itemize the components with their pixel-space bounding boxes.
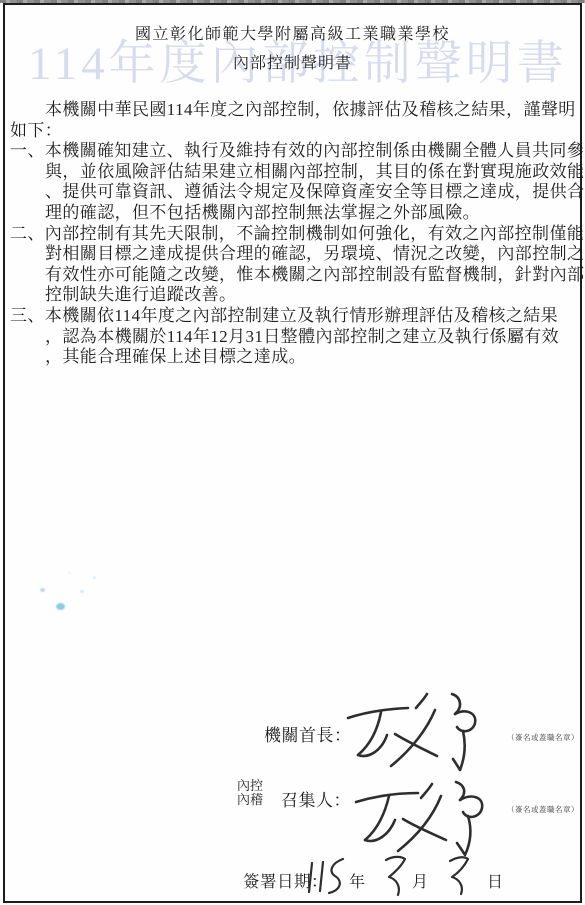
handwritten-month-value [382,853,408,897]
body-line: ，認為本機關於114年12月31日整體內部控制之建立及執行係屬有效 [10,327,576,348]
body-line: 一、本機關確知建立、執行及維持有效的內部控制係由機關全體人員共同參 [10,141,576,162]
handwritten-day-value [446,853,472,897]
convener-prefix-line1: 內控 [237,779,263,793]
year-unit: 年 [349,869,366,892]
document-subtitle: 內部控制聲明書 [0,50,585,73]
convener-prefix-line2: 內稽 [237,793,263,807]
body-line: 如下： [10,121,576,142]
body-line: 控制缺失進行追蹤改善。 [10,285,576,306]
scan-speckle [68,572,71,574]
body-line: 有效性亦可能隨之改變，惟本機關之內部控制設有監督機制，針對內部 [10,265,576,286]
scan-speckle [40,588,45,592]
handwritten-year-value [303,856,349,896]
seal-note: （簽名或蓋職名章） [507,804,579,815]
scan-edge-artifact [0,0,585,3]
day-unit: 日 [487,869,504,892]
document-title: 國立彰化師範大學附屬高級工業職業學校 [0,21,585,44]
seal-note: （簽名或蓋職名章） [507,732,579,743]
body-line: 對相關目標之達成提供合理的確認，另環境、情況之改變，內部控制之 [10,244,576,265]
scanned-document-page: 114年度內部控制聲明書 國立彰化師範大學附屬高級工業職業學校 內部控制聲明書 … [0,0,585,905]
scan-speckle [93,576,96,579]
body-line: 二、內部控制有其先天限制，不論控制機制如何強化，有效之內部控制僅能 [10,224,576,245]
body-line: ，其能合理確保上述目標之達成。 [10,347,576,368]
agency-head-signature-scribble [328,684,483,781]
body-line: 與，並依風險評估結果建立相關內部控制，其目的係在對實現施政效能 [10,162,576,183]
body-line: 三、本機關依114年度之內部控制建立及執行情形辦理評估及稽核之結果 [10,306,576,327]
body-line: 、提供可靠資訊、遵循法令規定及保障資產安全等目標之達成，提供合 [10,182,576,203]
convener-signature-scribble [340,772,500,864]
scan-speckle [56,603,65,610]
body-text-block: 本機關中華民國114年度之內部控制，依據評估及稽核之結果，謹聲明 如下： 一、本… [10,100,576,368]
scan-speckle [80,590,84,593]
body-line: 本機關中華民國114年度之內部控制，依據評估及稽核之結果，謹聲明 [10,100,576,121]
body-line: 理的確認，但不包括機關內部控制無法掌握之外部風險。 [10,203,576,224]
month-unit: 月 [412,869,429,892]
